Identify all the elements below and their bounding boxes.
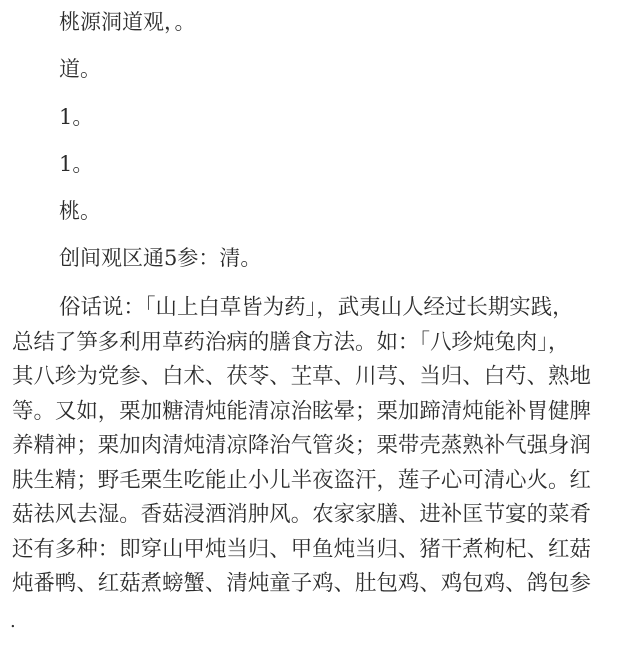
text-line: 桃源洞道观，。 bbox=[59, 10, 196, 34]
text-line: 创间观区通5参：清。 bbox=[59, 246, 261, 270]
text-line: 道。 bbox=[59, 57, 101, 81]
text-line: 1。 bbox=[59, 152, 93, 176]
body-paragraph: 俗话说：「山上白草皆为药」，武夷山人经过长期实践， 总结了笋多利用草药治病的膳食… bbox=[12, 291, 640, 602]
text-line: 1。 bbox=[59, 105, 93, 129]
paragraph-line: 菇祛风去湿。香菇浸酒消肿风。农家家膳、进补匡节宴的菜肴 bbox=[12, 498, 640, 533]
trailing-period: . bbox=[10, 610, 16, 634]
paragraph-line: 还有多种：即穿山甲炖当归、甲鱼炖当归、猪干煮枸杞、红菇 bbox=[12, 533, 640, 568]
paragraph-line: 肤生精；野毛栗生吃能止小儿半夜盗汗，莲子心可清心火。红 bbox=[12, 464, 640, 499]
paragraph-line: 炖番鸭、红菇煮螃蟹、清炖童子鸡、肚包鸡、鸡包鸡、鸽包参 bbox=[12, 567, 640, 602]
paragraph-line: 养精神；栗加肉清炖清凉降治气管炎；栗带壳蒸熟补气强身润 bbox=[12, 429, 640, 464]
paragraph-line: 等。又如，栗加糖清炖能清凉治眩晕；栗加蹄清炖能补胃健脾 bbox=[12, 395, 640, 430]
paragraph-line: 总结了笋多利用草药治病的膳食方法。如：「八珍炖兔肉」， bbox=[12, 326, 640, 361]
paragraph-line: 其八珍为党参、白术、茯苓、芏草、川芎、当归、白芍、熟地 bbox=[12, 360, 640, 395]
paragraph-line: 俗话说：「山上白草皆为药」，武夷山人经过长期实践， bbox=[12, 291, 640, 326]
text-line: 桃。 bbox=[59, 199, 101, 223]
